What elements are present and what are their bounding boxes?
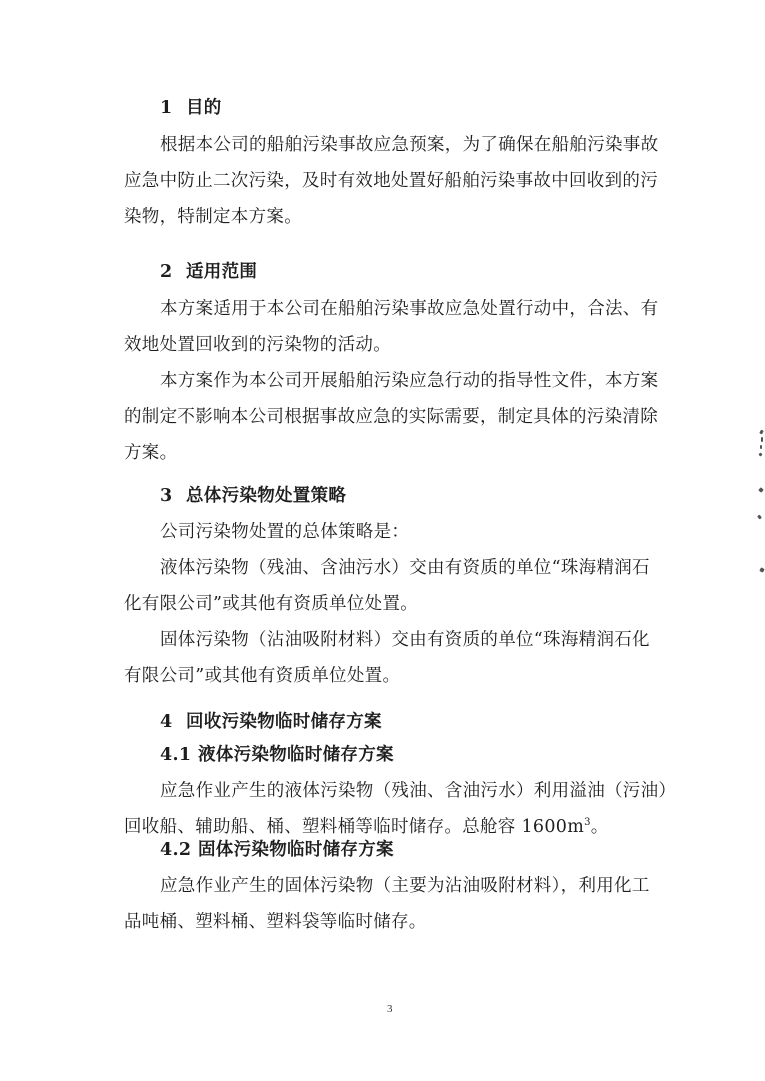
paragraph-line: 方案。: [124, 441, 177, 465]
paragraph-line: 应急中防止二次污染，及时有效地处置好船舶污染事故中回收到的污: [124, 169, 658, 193]
subsection-title: 液体污染物临时储存方案: [198, 745, 394, 765]
paragraph-line: 应急作业产生的液体污染物（残油、含油污水）利用溢油（污油）: [160, 779, 676, 803]
paragraph-line: 本方案作为本公司开展船舶污染应急行动的指导性文件，本方案: [160, 369, 658, 393]
paragraph-line: 回收船、辅助船、桶、塑料桶等临时储存。总舱容 1600m3。: [124, 815, 609, 839]
section-number: 3: [160, 484, 186, 508]
paragraph-line: 根据本公司的船舶污染事故应急预案，为了确保在船舶污染事故: [160, 133, 658, 157]
paragraph-line: 的制定不影响本公司根据事故应急的实际需要，制定具体的污染清除: [124, 405, 658, 429]
unit-superscript: 3: [584, 817, 591, 828]
section-title: 回收污染物临时储存方案: [186, 712, 382, 732]
scan-mark: [757, 515, 762, 520]
scan-mark: [759, 567, 764, 572]
sentence-end: 。: [591, 817, 609, 837]
storage-capacity-text: 回收船、辅助船、桶、塑料桶等临时储存。总舱容 1600m: [124, 817, 584, 837]
paragraph-line: 效地处置回收到的污染物的活动。: [124, 333, 391, 357]
section-number: 2: [160, 260, 186, 284]
section-1-heading: 1目的: [160, 96, 222, 120]
paragraph-line: 公司污染物处置的总体策略是：: [160, 520, 409, 544]
section-number: 4: [160, 710, 186, 734]
subsection-4-1-heading: 4.1液体污染物临时储存方案: [160, 743, 394, 767]
paragraph-line: 本方案适用于本公司在船舶污染事故应急处置行动中，合法、有: [160, 297, 658, 321]
scan-mark: [761, 437, 763, 442]
paragraph-line: 固体污染物（沾油吸附材料）交由有资质的单位“珠海精润石化: [160, 628, 650, 652]
paragraph-line: 应急作业产生的固体污染物（主要为沾油吸附材料），利用化工: [160, 874, 650, 898]
section-number: 1: [160, 96, 186, 120]
scan-mark: [758, 487, 764, 493]
subsection-4-2-heading: 4.2固体污染物临时储存方案: [160, 838, 394, 862]
section-2-heading: 2适用范围: [160, 260, 257, 284]
scan-mark: [758, 452, 762, 456]
section-title: 适用范围: [186, 262, 257, 282]
paragraph-line: 品吨桶、塑料桶、塑料袋等临时储存。: [124, 910, 427, 934]
paragraph-line: 液体污染物（残油、含油污水）交由有资质的单位“珠海精润石: [160, 556, 650, 580]
scan-mark: [759, 430, 764, 435]
section-4-heading: 4回收污染物临时储存方案: [160, 710, 382, 734]
paragraph-line: 有限公司”或其他有资质单位处置。: [124, 664, 400, 688]
section-title: 目的: [186, 98, 222, 118]
subsection-title: 固体污染物临时储存方案: [198, 840, 394, 860]
subsection-number: 4.2: [160, 838, 198, 862]
subsection-number: 4.1: [160, 743, 198, 767]
section-3-heading: 3总体污染物处置策略: [160, 484, 346, 508]
section-title: 总体污染物处置策略: [186, 486, 346, 506]
paragraph-line: 染物，特制定本方案。: [124, 205, 302, 229]
scan-mark: [760, 445, 762, 449]
page-number: 3: [387, 1003, 393, 1015]
paragraph-line: 化有限公司”或其他有资质单位处置。: [124, 592, 418, 616]
